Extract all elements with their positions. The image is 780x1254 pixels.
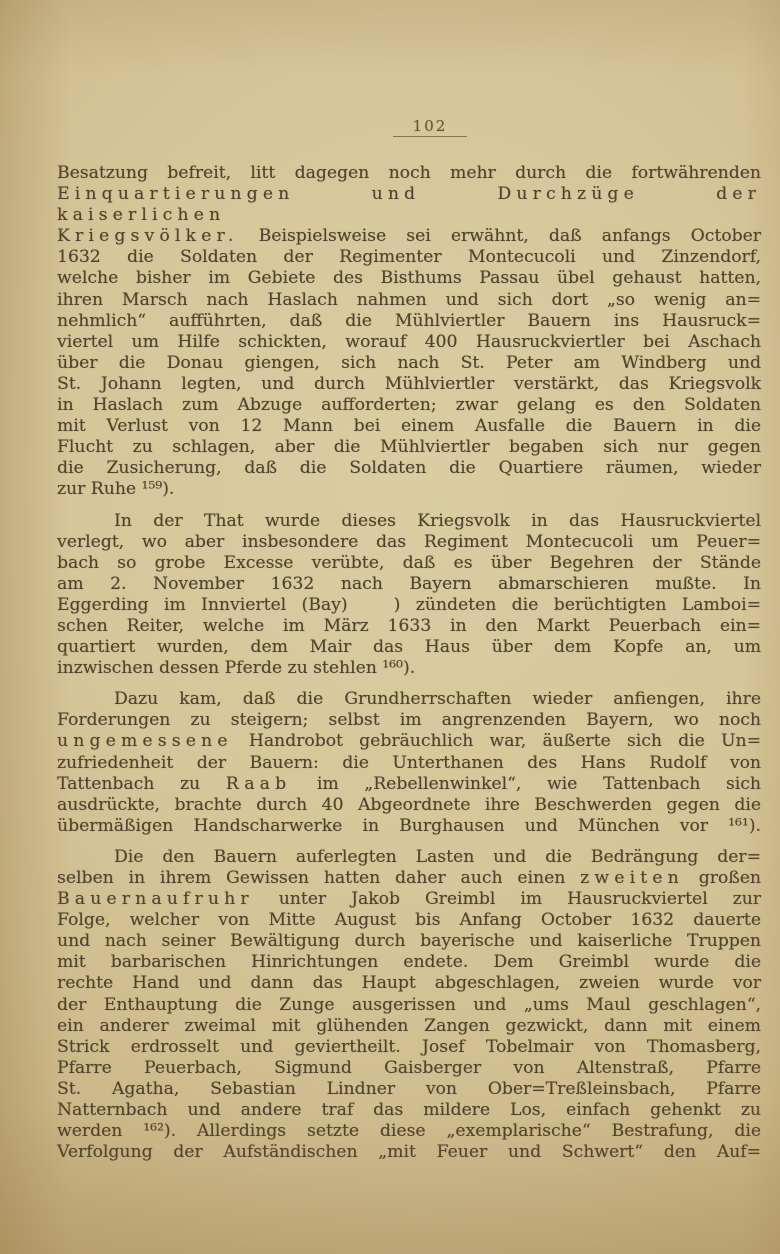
text-line: ausdrückte, brachte durch 40 Abgeordnete… xyxy=(57,795,761,816)
text-line: In der That wurde dieses Kriegsvolk in d… xyxy=(57,511,761,532)
text-segment: großen xyxy=(684,868,761,888)
spaced-text: Raab xyxy=(226,774,291,794)
text-line: Folge, welcher von Mitte August bis Anfa… xyxy=(57,910,761,931)
text-segment: selben in ihrem Gewissen hatten daher au… xyxy=(57,868,580,888)
text-line: verlegt, wo aber insbesondere das Regime… xyxy=(57,532,761,553)
text-line: zufriedenheit der Bauern: die Unterthane… xyxy=(57,753,761,774)
text-line: Kriegsvölker. Beispielsweise sei erwähnt… xyxy=(57,226,761,247)
text-line: über die Donau giengen, sich nach St. Pe… xyxy=(57,353,761,374)
text-line: viertel um Hilfe schickten, worauf 400 H… xyxy=(57,332,761,353)
text-line: am 2. November 1632 nach Bayern abmarsch… xyxy=(57,574,761,595)
paragraph-2: In der That wurde dieses Kriegsvolk in d… xyxy=(57,511,761,680)
text-line: übermäßigen Handscharwerke in Burghausen… xyxy=(57,816,761,837)
text-block: Besatzung befreit, litt dagegen noch meh… xyxy=(57,163,761,1163)
text-line: nehmlich“ aufführten, daß die Mühlviertl… xyxy=(57,311,761,332)
text-line: Dazu kam, daß die Grundherrschaften wied… xyxy=(57,689,761,710)
text-line: die Zusicherung, daß die Soldaten die Qu… xyxy=(57,458,761,479)
text-line: quartiert wurden, dem Mair das Haus über… xyxy=(57,637,761,658)
paragraph-1: Besatzung befreit, litt dagegen noch meh… xyxy=(57,163,761,501)
paragraph-4: Die den Bauern auferlegten Lasten und di… xyxy=(57,847,761,1163)
text-line: ein anderer zweimal mit glühenden Zangen… xyxy=(57,1016,761,1037)
text-segment: Tattenbach zu xyxy=(57,774,226,794)
text-line: Pfarre Peuerbach, Sigmund Gaisberger von… xyxy=(57,1058,761,1079)
text-line: werden ¹⁶²). Allerdings setzte diese „ex… xyxy=(57,1121,761,1142)
page-header: 102 xyxy=(393,118,467,137)
text-line: ungemessene Handrobot gebräuchlich war, … xyxy=(57,731,761,752)
spaced-text: Bauernaufruhr xyxy=(57,889,254,909)
text-segment: Beispielsweise sei erwähnt, daß anfangs … xyxy=(239,226,761,246)
text-line: St. Johann legten, und durch Mühlviertle… xyxy=(57,374,761,395)
text-line: St. Agatha, Sebastian Lindner von Ober=T… xyxy=(57,1079,761,1100)
text-line: inzwischen dessen Pferde zu stehlen ¹⁶⁰)… xyxy=(57,658,761,679)
text-line: welche bisher im Gebiete des Bisthums Pa… xyxy=(57,268,761,289)
text-line: selben in ihrem Gewissen hatten daher au… xyxy=(57,868,761,889)
text-line: 1632 die Soldaten der Regimenter Montecu… xyxy=(57,247,761,268)
text-line: rechte Hand und dann das Haupt abgeschla… xyxy=(57,973,761,994)
text-line: in Haslach zum Abzuge aufforderten; zwar… xyxy=(57,395,761,416)
text-line: Besatzung befreit, litt dagegen noch meh… xyxy=(57,163,761,184)
text-line: Strick erdrosselt und geviertheilt. Jose… xyxy=(57,1037,761,1058)
spaced-text: zweiten xyxy=(580,868,684,888)
text-line: Bauernaufruhr unter Jakob Greimbl im Hau… xyxy=(57,889,761,910)
text-segment: unter Jakob Greimbl im Hausruckviertel z… xyxy=(254,889,761,909)
text-line: Eggerding im Innviertel (Bay) ) zündeten… xyxy=(57,595,761,616)
text-line: mit Verlust von 12 Mann bei einem Ausfal… xyxy=(57,416,761,437)
text-line: Die den Bauern auferlegten Lasten und di… xyxy=(57,847,761,868)
text-line: ihren Marsch nach Haslach nahmen und sic… xyxy=(57,290,761,311)
text-line: zur Ruhe ¹⁵⁹). xyxy=(57,479,761,500)
text-segment: im „Rebellenwinkel“, wie Tattenbach sich xyxy=(291,774,761,794)
text-line: mit barbarischen Hinrichtungen endete. D… xyxy=(57,952,761,973)
text-line: schen Reiter, welche im März 1633 in den… xyxy=(57,616,761,637)
text-line: Forderungen zu steigern; selbst im angre… xyxy=(57,710,761,731)
page-number: 102 xyxy=(393,118,467,134)
paragraph-3: Dazu kam, daß die Grundherrschaften wied… xyxy=(57,689,761,837)
text-segment: Handrobot gebräuchlich war, äußerte sich… xyxy=(233,731,761,751)
page-number-rule xyxy=(393,136,467,137)
text-line-spaced: Einquartierungen und Durchzüge der kaise… xyxy=(57,184,761,226)
book-page-scan: 102 Besatzung befreit, litt dagegen noch… xyxy=(0,0,780,1254)
text-line: und nach seiner Bewältigung durch bayeri… xyxy=(57,931,761,952)
text-line: Flucht zu schlagen, aber die Mühlviertle… xyxy=(57,437,761,458)
text-line: bach so grobe Excesse verübte, daß es üb… xyxy=(57,553,761,574)
text-line: der Enthauptung die Zunge ausgerissen un… xyxy=(57,995,761,1016)
spaced-text: ungemessene xyxy=(57,731,233,751)
spaced-text: Kriegsvölker. xyxy=(57,226,239,246)
text-line: Verfolgung der Aufständischen „mit Feuer… xyxy=(57,1142,761,1163)
text-line: Natternbach und andere traf das mildere … xyxy=(57,1100,761,1121)
text-line: Tattenbach zu Raab im „Rebellenwinkel“, … xyxy=(57,774,761,795)
